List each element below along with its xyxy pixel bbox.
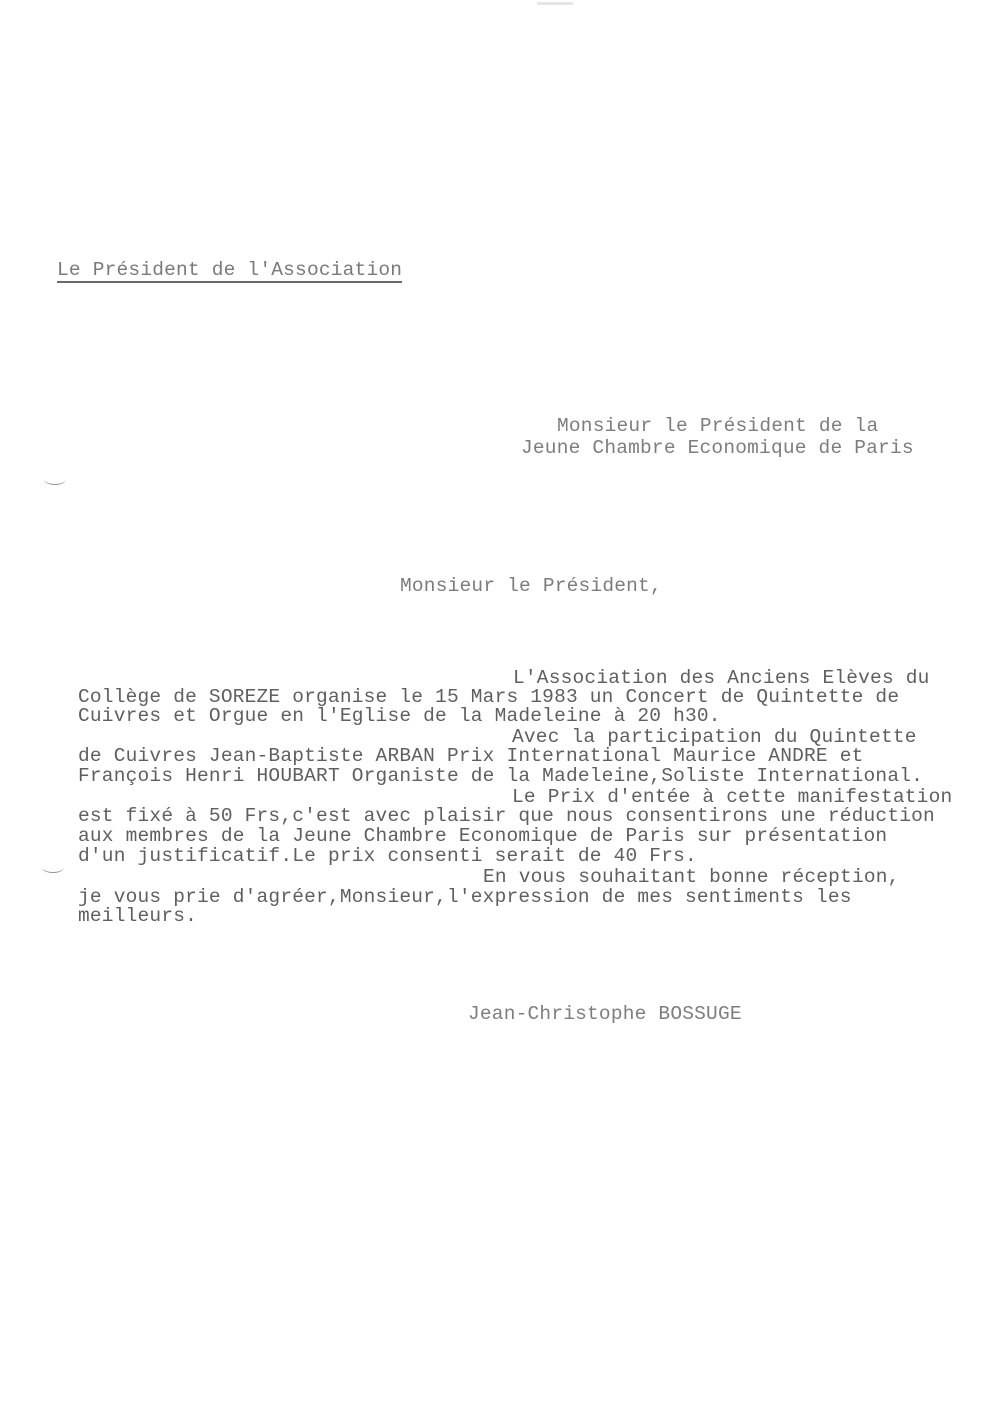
body-line: d'un justificatif.Le prix consenti serai…	[78, 846, 697, 866]
body-line: Avec la participation du Quintette	[512, 727, 917, 747]
recipient-line-1: Monsieur le Président de la	[557, 416, 878, 436]
body-line: En vous souhaitant bonne réception,	[483, 867, 900, 887]
body-line: Le Prix d'entée à cette manifestation	[512, 787, 952, 807]
body-line: L'Association des Anciens Elèves du	[513, 668, 930, 688]
body-line: François Henri HOUBART Organiste de la M…	[78, 766, 923, 786]
body-line: je vous prie d'agréer,Monsieur,l'express…	[78, 887, 852, 907]
body-line: Collège de SOREZE organise le 15 Mars 19…	[78, 687, 899, 707]
body-line: Cuivres et Orgue en l'Eglise de la Madel…	[78, 706, 721, 726]
salutation: Monsieur le Président,	[400, 576, 662, 596]
body-line: aux membres de la Jeune Chambre Economiq…	[78, 826, 887, 846]
punch-hole-mark	[42, 862, 64, 873]
body-line: de Cuivres Jean-Baptiste ARBAN Prix Inte…	[78, 746, 864, 766]
signature: Jean-Christophe BOSSUGE	[468, 1004, 742, 1024]
recipient-line-2: Jeune Chambre Economique de Paris	[521, 438, 914, 458]
scan-mark	[537, 2, 573, 5]
body-line: meilleurs.	[78, 906, 197, 926]
body-line: est fixé à 50 Frs,c'est avec plaisir que…	[78, 806, 935, 826]
punch-hole-mark	[44, 474, 66, 485]
sender-heading: Le Président de l'Association	[57, 260, 402, 283]
